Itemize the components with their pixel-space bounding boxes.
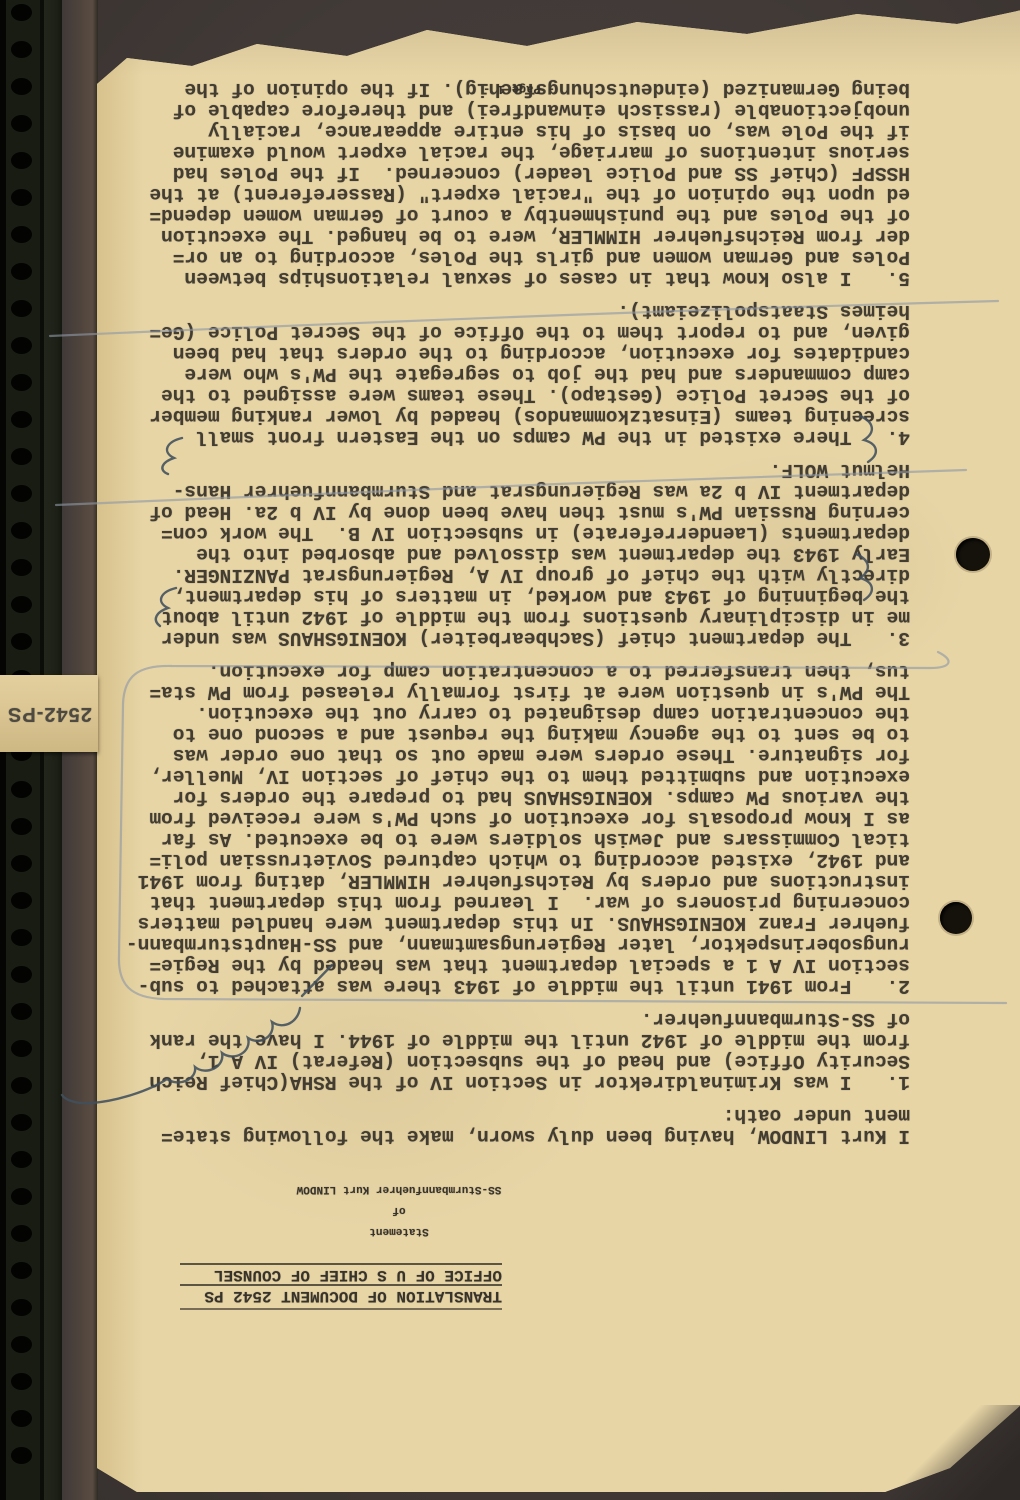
- punch-hole-top: [956, 538, 990, 571]
- binder-hole: [11, 1225, 32, 1242]
- title-line-1: Statement: [288, 1220, 510, 1241]
- binder-hole: [11, 300, 32, 317]
- binder-hole: [11, 966, 32, 983]
- page-number-footer: - Page 1 -: [444, 82, 594, 96]
- binder-hole: [11, 189, 32, 206]
- binder-hole: [11, 559, 32, 576]
- paragraph: 2. From 1941 until the middle of 1943 th…: [133, 660, 910, 996]
- corner-shadow: [890, 1405, 1020, 1500]
- exhibit-tab-label: 2542-PS: [7, 702, 92, 725]
- scanned-document-page: TRANSLATION OF DOCUMENT 2542 PS OFFICE O…: [0, 0, 1020, 1500]
- binder-hole: [11, 41, 32, 58]
- binder-hole: [11, 411, 32, 428]
- binder-hole: [11, 448, 32, 465]
- binder-hole: [11, 1188, 32, 1205]
- binder-hole: [11, 1003, 32, 1020]
- binder-hole: [11, 818, 32, 835]
- header-line-1: TRANSLATION OF DOCUMENT 2542 PS: [180, 1284, 502, 1305]
- binder-hole: [11, 781, 32, 798]
- binder-hole: [11, 263, 32, 280]
- binder-hole: [11, 1040, 32, 1057]
- binder-hole: [11, 1373, 32, 1390]
- document-header: TRANSLATION OF DOCUMENT 2542 PS OFFICE O…: [180, 1263, 502, 1310]
- title-line-2: of: [288, 1199, 510, 1220]
- binder-hole: [11, 855, 32, 872]
- binder-hole: [11, 892, 32, 909]
- binder-hole: [11, 929, 32, 946]
- binder-hole: [11, 1114, 32, 1131]
- binder-hole: [11, 1077, 32, 1094]
- typed-page: TRANSLATION OF DOCUMENT 2542 PS OFFICE O…: [97, 24, 1020, 1480]
- exhibit-tab: 2542-PS: [0, 675, 98, 752]
- paragraph: 3. The department chief (Sachbearbeiter)…: [133, 459, 910, 648]
- title-line-3: SS-Sturmbannfuehrer Kurt LINDOW: [288, 1178, 510, 1199]
- binder-hole: [11, 1151, 32, 1168]
- statement-title: Statement of SS-Sturmbannfuehrer Kurt LI…: [288, 1178, 510, 1241]
- paragraph: 1. I was Kriminaldirektor in Section IV …: [133, 1008, 910, 1092]
- binder-hole: [11, 633, 32, 650]
- paragraphs: 1. I was Kriminaldirektor in Section IV …: [133, 78, 910, 1092]
- binder-hole: [11, 485, 32, 502]
- binder-hole: [11, 4, 32, 21]
- binder-hole: [11, 1447, 32, 1464]
- binder-hole: [11, 226, 32, 243]
- binder-hole: [11, 152, 32, 169]
- binder-hole: [11, 1299, 32, 1316]
- typewritten-content-rotated: TRANSLATION OF DOCUMENT 2542 PS OFFICE O…: [97, 24, 1020, 1480]
- binder-hole: [11, 1336, 32, 1353]
- binder-hole: [11, 596, 32, 613]
- punch-hole-bottom: [940, 902, 972, 934]
- binder-hole: [11, 374, 32, 391]
- binder-hole: [11, 1410, 32, 1427]
- binder-hole: [11, 78, 32, 95]
- binder-hole: [11, 1262, 32, 1279]
- binder-hole: [11, 115, 32, 132]
- paragraph: 5. I also know that in cases of sexual r…: [133, 78, 910, 288]
- oath-intro: I Kurt LINDOW, having been duly sworn, m…: [133, 1104, 910, 1146]
- binder-hole: [11, 337, 32, 354]
- header-line-2: OFFICE OF U S CHIEF OF COUNSEL: [180, 1263, 502, 1284]
- binder-hole: [11, 522, 32, 539]
- paragraph: 4. There existed in the PW camps on the …: [133, 300, 910, 447]
